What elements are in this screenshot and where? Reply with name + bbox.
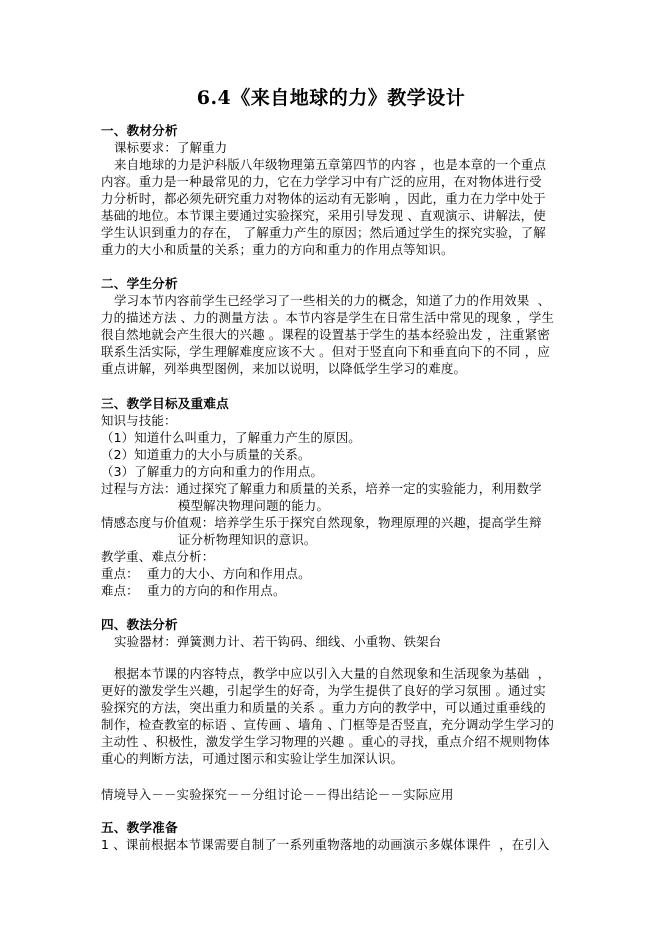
process-method-cont: 模型解决物理问题的能力。 — [101, 497, 329, 514]
section-heading-4: 四、教法分析 — [101, 616, 178, 633]
paragraph-line: 主动性 、积极性，激发学生学习物理的兴趣 。重心的寻找，重点介绍不规则物体 — [101, 733, 550, 750]
section-heading-2: 二、学生分析 — [101, 275, 178, 292]
attitude-values-cont: 证分析物理知识的意识。 — [101, 531, 317, 548]
paragraph-line: 验探究的方法，突出重力和质量的关系 。重力方向的教学中，可以通过重垂线的 — [101, 699, 546, 716]
paragraph-line: 根据本节课的内容特点，教学中应以引入大量的自然现象和生活现象为基础 ， — [101, 665, 550, 682]
section-heading-5: 五、教学准备 — [101, 819, 178, 836]
document-title: 6.4《来自地球的力》教学设计 — [101, 83, 561, 110]
paragraph-line: 学生认识到重力的存在， 了解重力产生的原因；然后通过学生的探究实验，了解 — [101, 224, 546, 241]
list-item: （1）知道什么叫重力，了解重力产生的原因。 — [101, 429, 361, 446]
paragraph-line: 更好的激发学生兴趣，引起学生的好奇，为学生提供了良好的学习氛围 。通过实 — [101, 682, 546, 699]
paragraph-line: 重点讲解，列举典型图例，来加以说明，以降低学生学习的难度。 — [101, 360, 466, 377]
difficult-point-line: 难点： 重力的方向的和作用点。 — [101, 582, 286, 599]
subheading-knowledge: 知识与技能： — [101, 412, 177, 429]
teaching-flow-line: 情境导入－－实验探究－－分组讨论－－得出结论－－实际应用 — [101, 786, 454, 803]
process-method-line: 过程与方法：通过探究了解重力和质量的关系，培养一定的实验能力，利用数学 — [101, 480, 542, 497]
list-item: （2）知道重力的大小与质量的关系。 — [101, 446, 311, 463]
equipment-line: 实验器材：弹簧测力计、若干钩码、细线、小重物、铁架台 — [101, 633, 441, 650]
attitude-values-line: 情感态度与价值观：培养学生乐于探究自然现象，物理原理的兴趣，提高学生辩 — [101, 514, 542, 531]
paragraph-line: 学习本节内容前学生已经学习了一些相关的力的概念，知道了力的作用效果 、 — [101, 292, 550, 309]
list-item: （3）了解重力的方向和重力的作用点。 — [101, 463, 323, 480]
paragraph-line: 内容。重力是一种最常见的力，它在力学学习中有广泛的应用，在对物体进行受 — [101, 173, 542, 190]
paragraph-line: 力的描述方法 、力的测量方法 。本节内容是学生在日常生活中常见的现象 ，学生 — [101, 309, 554, 326]
paragraph-line: 课标要求：了解重力 — [101, 139, 227, 156]
key-point-line: 重点： 重力的大小、方向和作用点。 — [101, 565, 311, 582]
paragraph-line: 1 、课前根据本节课需要自制了一系列重物落地的动画演示多媒体课件 ，在引入 — [101, 836, 550, 853]
key-difficult-heading: 教学重、难点分析： — [101, 548, 214, 565]
paragraph-line: 联系生活实际，学生理解难度应该不大 。但对于竖直向下和垂直向下的不同 ，应 — [101, 343, 550, 360]
paragraph-line: 力分析时，都必须先研究重力对物体的运动有无影响 ，因此，重力在力学中处于 — [101, 190, 546, 207]
section-heading-1: 一、教材分析 — [101, 122, 178, 139]
paragraph-line: 来自地球的力是沪科版八年级物理第五章第四节的内容 ，也是本章的一个重点 — [101, 156, 546, 173]
paragraph-line: 很自然地就会产生很大的兴趣 。课程的设置基于学生的基本经验出发 ，注重紧密 — [101, 326, 550, 343]
paragraph-line: 重力的大小和质量的关系；重力的方向和重力的作用点等知识。 — [101, 241, 454, 258]
paragraph-line: 基础的地位。本节课主要通过实验探究，采用引导发现 、直观演示、讲解法，使 — [101, 207, 546, 224]
paragraph-line: 重心的判断方法，可通过图示和实验让学生加深认识。 — [101, 750, 403, 767]
paragraph-line: 制作，检查教室的标语 、宣传画 、墙角 、门框等是否竖直，充分调动学生学习的 — [101, 716, 554, 733]
section-heading-3: 三、教学目标及重难点 — [101, 395, 229, 412]
